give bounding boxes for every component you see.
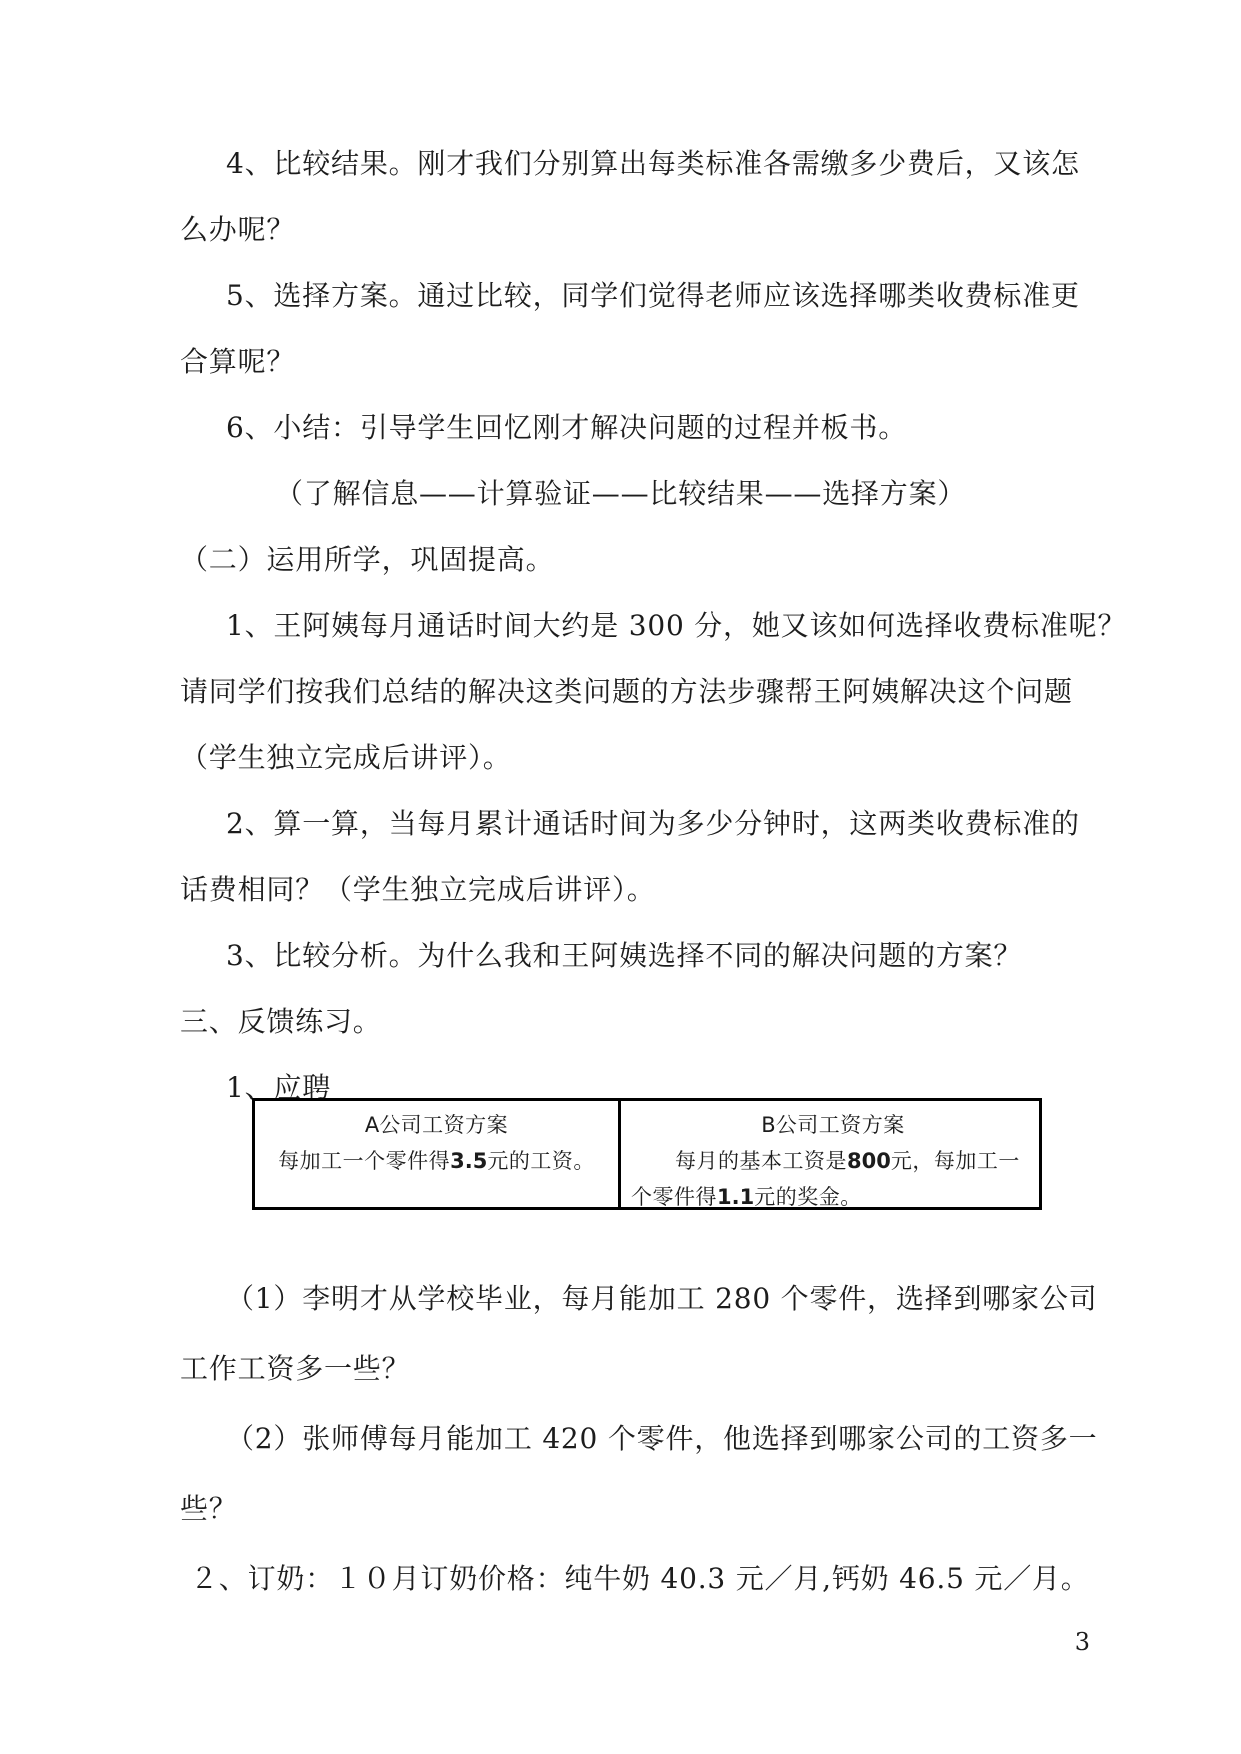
company-b-bonus-rate: 1.1 [717, 1185, 754, 1207]
company-a-title: A公司工资方案 [255, 1107, 618, 1143]
paragraph-aunt-wang: 1、王阿姨每月通话时间大约是 300 分，她又该如何选择收费标准呢？ [180, 593, 1090, 659]
company-b-title-text: 公司工资方案 [776, 1113, 905, 1137]
paragraph-calculate: 2、算一算，当每月累计通话时间为多少分钟时，这两类收费标准的 [180, 791, 1090, 857]
paragraph-choose-plan-cont: 合算呢？ [180, 329, 1090, 395]
paragraph-compare-results: 4、比较结果。刚才我们分别算出每类标准各需缴多少费后，又该怎 [180, 131, 1090, 197]
company-b-base-salary: 800 [847, 1149, 891, 1173]
company-a-body: 每加工一个零件得3.5元的工资。 [255, 1143, 618, 1179]
paragraph-choose-plan: 5、选择方案。通过比较，同学们觉得老师应该选择哪类收费标准更 [180, 263, 1090, 329]
document-page: { "page": { "number": "3", "background_c… [0, 0, 1241, 1754]
company-a-body-suffix: 元的工资。 [487, 1149, 595, 1173]
company-b-line2-suffix: 元的奖金。 [754, 1185, 862, 1207]
section-heading-apply-learning: （二）运用所学，巩固提高。 [180, 527, 1090, 593]
company-b-line2-prefix: 个零件得 [631, 1185, 717, 1207]
company-a-rate: 3.5 [450, 1149, 487, 1173]
document-body: 4、比较结果。刚才我们分别算出每类标准各需缴多少费后，又该怎 么办呢？ 5、选择… [180, 131, 1090, 1614]
company-b-title: B公司工资方案 [631, 1107, 1035, 1143]
question-2-cont: 些？ [180, 1474, 1090, 1544]
company-b-cell: B公司工资方案 每月的基本工资是800元，每加工一 个零件得1.1元的奖金。 [621, 1101, 1039, 1207]
company-b-body-line1: 每月的基本工资是800元，每加工一 [631, 1143, 1035, 1179]
question-1: （1）李明才从学校毕业，每月能加工 280 个零件，选择到哪家公司 [180, 1264, 1090, 1334]
exercise-block: （1）李明才从学校毕业，每月能加工 280 个零件，选择到哪家公司 工作工资多一… [180, 1264, 1090, 1614]
paragraph-aunt-wang-cont: 请同学们按我们总结的解决这类问题的方法步骤帮王阿姨解决这个问题 [180, 659, 1090, 725]
salary-table: A公司工资方案 每加工一个零件得3.5元的工资。 B公司工资方案 每月的基本工资… [252, 1098, 1042, 1210]
paragraph-analysis: 3、比较分析。为什么我和王阿姨选择不同的解决问题的方案？ [180, 923, 1090, 989]
paragraph-summary: 6、小结：引导学生回忆刚才解决问题的过程并板书。 [180, 395, 1090, 461]
company-a-cell: A公司工资方案 每加工一个零件得3.5元的工资。 [255, 1101, 621, 1207]
company-b-line1-suffix: 元，每加工一 [891, 1149, 1020, 1173]
company-b-letter: B [761, 1113, 775, 1137]
company-a-body-prefix: 每加工一个零件得 [278, 1149, 450, 1173]
company-a-letter: A [365, 1113, 379, 1137]
paragraph-compare-results-cont: 么办呢？ [180, 197, 1090, 263]
section-heading-feedback-practice: 三、反馈练习。 [180, 989, 1090, 1055]
item-milk-order: ２、订奶：１０月订奶价格：纯牛奶 40.3 元／月,钙奶 46.5 元／月。 [180, 1544, 1090, 1614]
question-1-cont: 工作工资多一些？ [180, 1334, 1090, 1404]
company-b-body-line2: 个零件得1.1元的奖金。 [631, 1179, 1035, 1207]
paragraph-student-review: （学生独立完成后讲评）。 [180, 725, 1090, 791]
paragraph-calculate-cont: 话费相同？（学生独立完成后讲评）。 [180, 857, 1090, 923]
company-b-line1-prefix: 每月的基本工资是 [675, 1149, 847, 1173]
page-number: 3 [180, 1628, 1090, 1656]
question-2: （2）张师傅每月能加工 420 个零件，他选择到哪家公司的工资多一 [180, 1404, 1090, 1474]
company-a-title-text: 公司工资方案 [379, 1113, 508, 1137]
paragraph-steps-note: （了解信息——计算验证——比较结果——选择方案） [180, 461, 1090, 527]
